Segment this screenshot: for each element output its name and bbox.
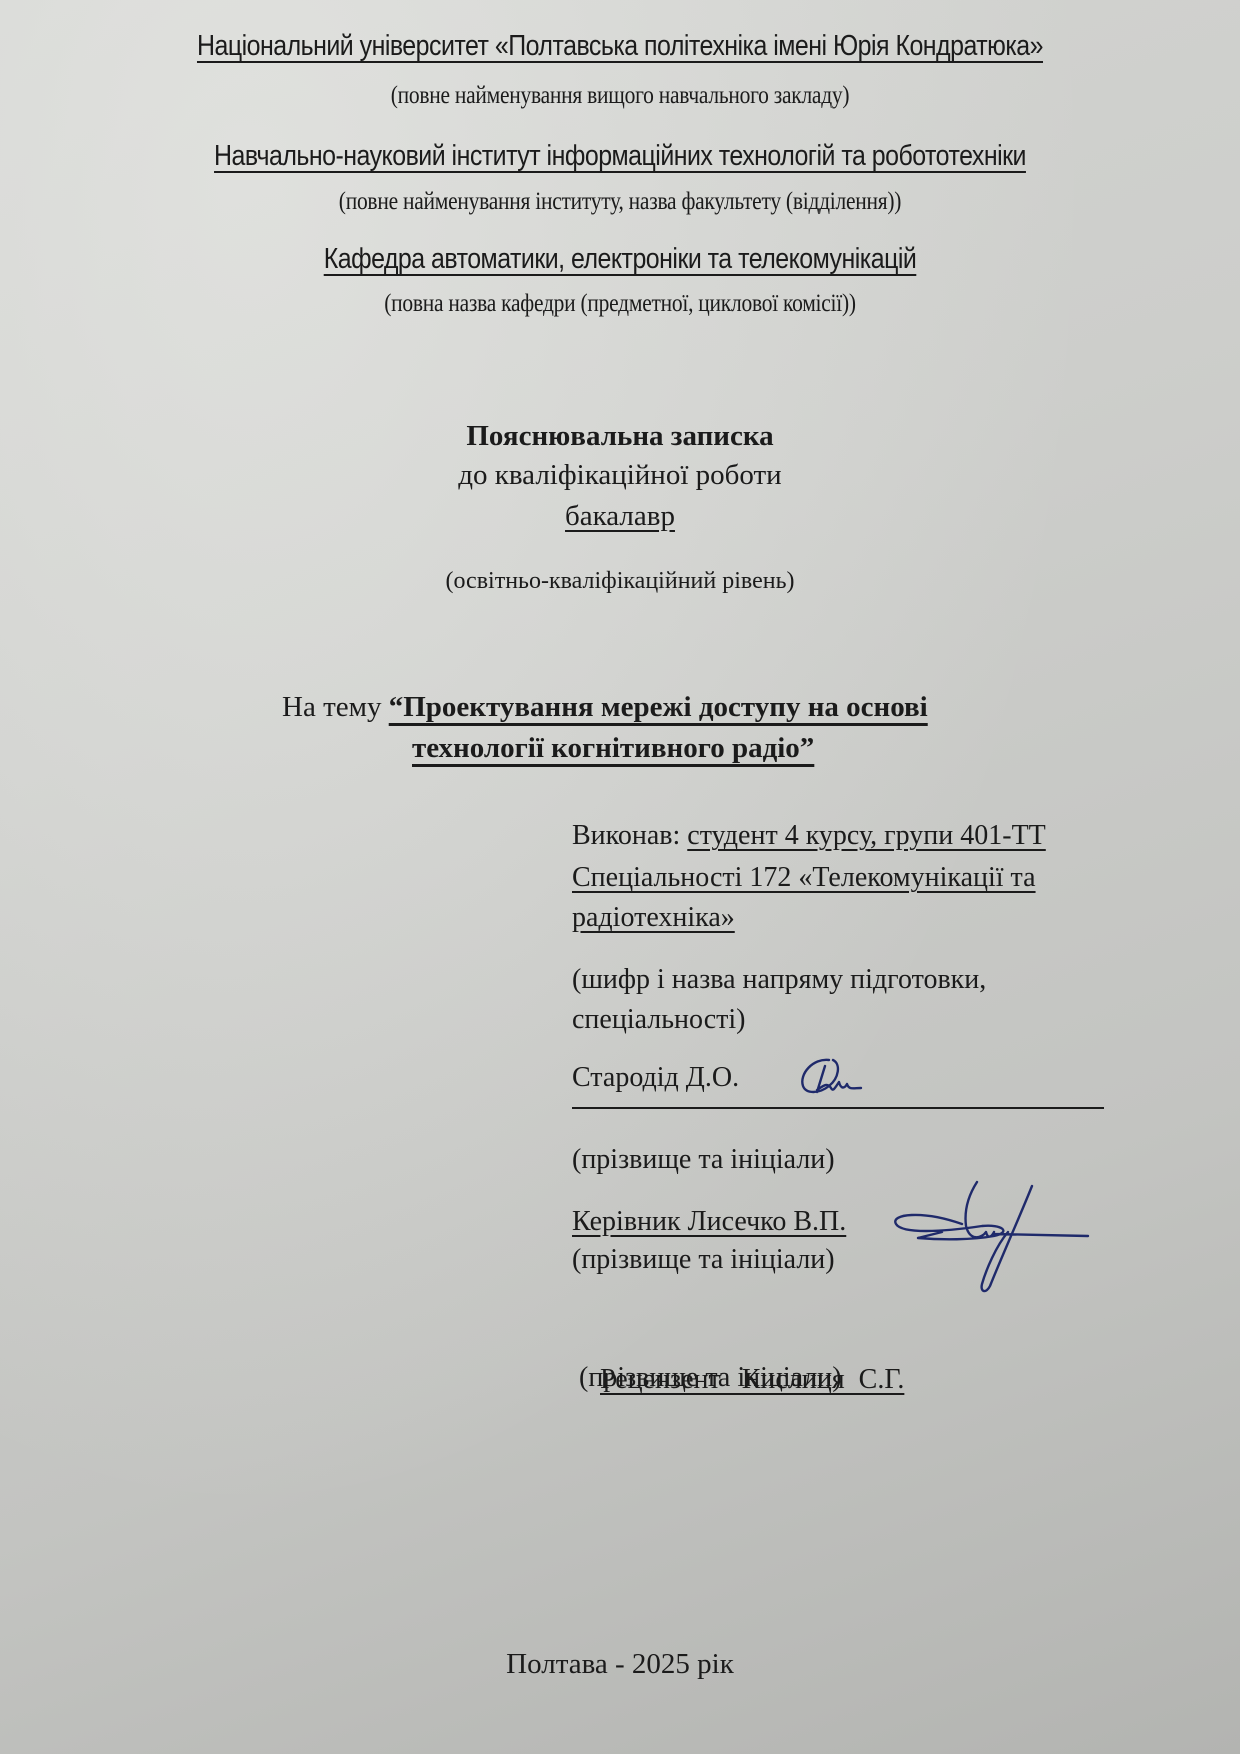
student-caption: (прізвище та ініціали)	[572, 1140, 835, 1180]
department-name: Кафедра автоматики, електроніки та телек…	[87, 243, 1153, 276]
degree-value: бакалавр	[565, 500, 675, 532]
specialty-caption-2: спеціальності)	[572, 1000, 745, 1040]
document-page: Національний університет «Полтавська пол…	[0, 0, 1240, 1754]
university-name: Національний університет «Полтавська пол…	[87, 30, 1153, 63]
topic-prefix: На тему	[282, 691, 389, 723]
supervisor-text: Керівник Лисечко В.П.	[572, 1206, 846, 1237]
student-name: Стародід Д.О.	[572, 1058, 739, 1098]
degree-caption: (освітньо-кваліфікаційний рівень)	[0, 568, 1240, 595]
reviewer-caption: (прізвище та ініціали)	[572, 1358, 842, 1398]
document-title: Пояснювальна записка	[0, 420, 1240, 453]
topic-title-part-2: технології когнітивного радіо”	[412, 732, 814, 764]
performed-label: Виконав:	[572, 820, 687, 851]
specialty-line-2: радіотехніка»	[572, 898, 735, 938]
city-year: Полтава - 2025 рік	[0, 1648, 1240, 1681]
supervisor-caption: (прізвище та ініціали)	[572, 1240, 835, 1280]
specialty-line-1: Спеціальності 172 «Телекомунікації та	[572, 858, 1036, 898]
supervisor-signature	[882, 1176, 1092, 1296]
institute-caption: (повне найменування інституту, назва фак…	[87, 188, 1153, 216]
degree-level: бакалавр	[0, 500, 1240, 533]
topic-line-2: технології когнітивного радіо”	[412, 732, 814, 765]
performed-value: студент 4 курсу, групи 401-ТТ	[687, 820, 1046, 851]
university-caption: (повне найменування вищого навчального з…	[87, 82, 1153, 110]
student-signature-line	[572, 1107, 1104, 1109]
institute-name: Навчально-науковий інститут інформаційни…	[87, 140, 1153, 173]
student-signature	[795, 1052, 885, 1102]
document-subtitle: до кваліфікаційної роботи	[0, 459, 1240, 492]
performed-by: Виконав: студент 4 курсу, групи 401-ТТ	[572, 816, 1046, 856]
specialty-text-1: Спеціальності 172 «Телекомунікації та	[572, 862, 1036, 893]
department-caption: (повна назва кафедри (предметної, циклов…	[87, 290, 1153, 318]
topic-title-part-1: “Проектування мережі доступу на основі	[389, 691, 928, 723]
specialty-caption-1: (шифр і назва напряму підготовки,	[572, 960, 986, 1000]
specialty-text-2: радіотехніка»	[572, 902, 735, 933]
topic-line-1: На тему “Проектування мережі доступу на …	[282, 691, 928, 724]
supervisor-name: Керівник Лисечко В.П.	[572, 1202, 846, 1242]
